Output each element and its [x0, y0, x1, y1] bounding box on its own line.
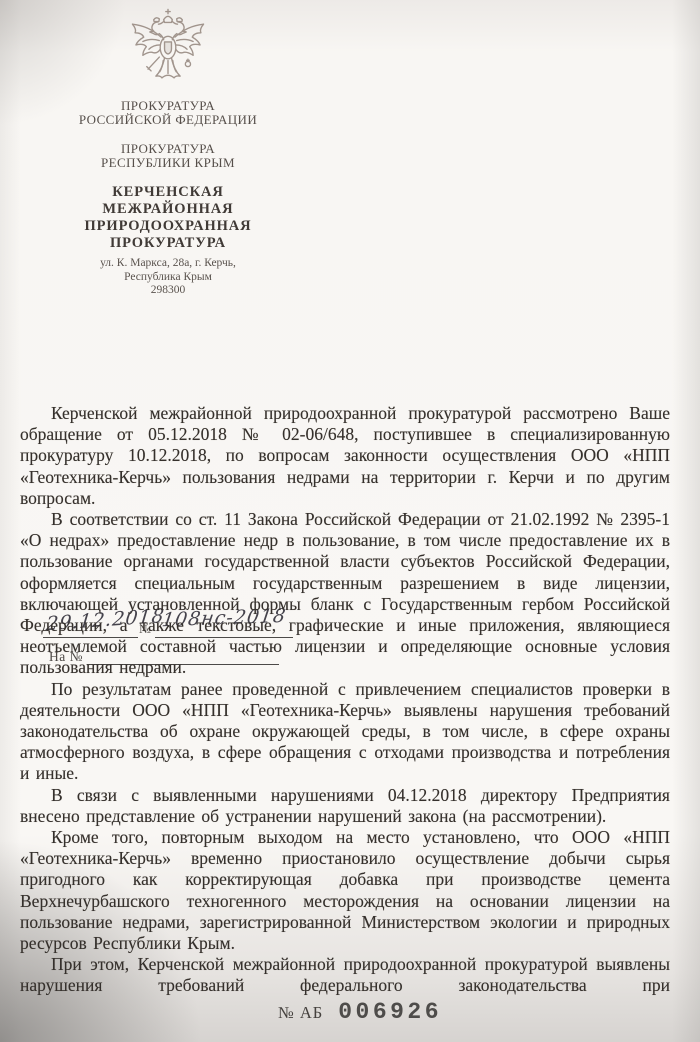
body-paragraph: Кроме того, повторным выходом на место у… — [20, 827, 670, 954]
body-paragraph: Керченской межрайонной природоохранной п… — [20, 403, 670, 509]
office-name: КЕРЧЕНСКАЯ МЕЖРАЙОННАЯ ПРИРОДООХРАННАЯ П… — [20, 184, 316, 252]
prosecutor-federation-line1: ПРОКУРАТУРА — [20, 99, 316, 113]
office-name-line4: ПРОКУРАТУРА — [20, 235, 316, 252]
body-paragraph: По результатам ранее проведенной с привл… — [20, 679, 670, 785]
office-name-line3: ПРИРОДООХРАННАЯ — [20, 218, 316, 235]
letterhead: ПРОКУРАТУРА РОССИЙСКОЙ ФЕДЕРАЦИИ ПРОКУРА… — [20, 0, 316, 310]
reference-block: 29.12.2018 № 108нс-2018 На № — [0, 300, 700, 380]
address-postcode: 298300 — [20, 284, 316, 298]
address-region: Республика Крым — [20, 271, 316, 285]
form-serial-label: № АБ — [278, 1003, 323, 1023]
prosecutor-federation-line2: РОССИЙСКОЙ ФЕДЕРАЦИИ — [20, 113, 316, 127]
scanned-letter-page: ПРОКУРАТУРА РОССИЙСКОЙ ФЕДЕРАЦИИ ПРОКУРА… — [0, 0, 700, 1042]
prosecutor-crimea-title: ПРОКУРАТУРА РЕСПУБЛИКИ КРЫМ — [20, 142, 316, 169]
prosecutor-crimea-line2: РЕСПУБЛИКИ КРЫМ — [20, 156, 316, 170]
prosecutor-crimea-line1: ПРОКУРАТУРА — [20, 142, 316, 156]
letter-body: Керченской межрайонной природоохранной п… — [20, 403, 670, 997]
form-serial-number: № АБ 006926 — [240, 999, 480, 1031]
address-street: ул. К. Маркса, 28а, г. Керчь, — [20, 257, 316, 271]
body-paragraph: В связи с выявленными нарушениями 04.12.… — [20, 785, 670, 827]
form-serial-digits: 006926 — [338, 999, 442, 1025]
body-paragraph: В соответствии со ст. 11 Закона Российск… — [20, 509, 670, 679]
office-address: ул. К. Маркса, 28а, г. Керчь, Республика… — [20, 257, 316, 298]
office-name-line1: КЕРЧЕНСКАЯ — [20, 184, 316, 201]
coat-of-arms-double-headed-eagle-icon — [116, 7, 220, 95]
prosecutor-federation-title: ПРОКУРАТУРА РОССИЙСКОЙ ФЕДЕРАЦИИ — [20, 99, 316, 126]
body-paragraph: При этом, Керченской межрайонной природо… — [20, 954, 670, 996]
office-name-line2: МЕЖРАЙОННАЯ — [20, 201, 316, 218]
